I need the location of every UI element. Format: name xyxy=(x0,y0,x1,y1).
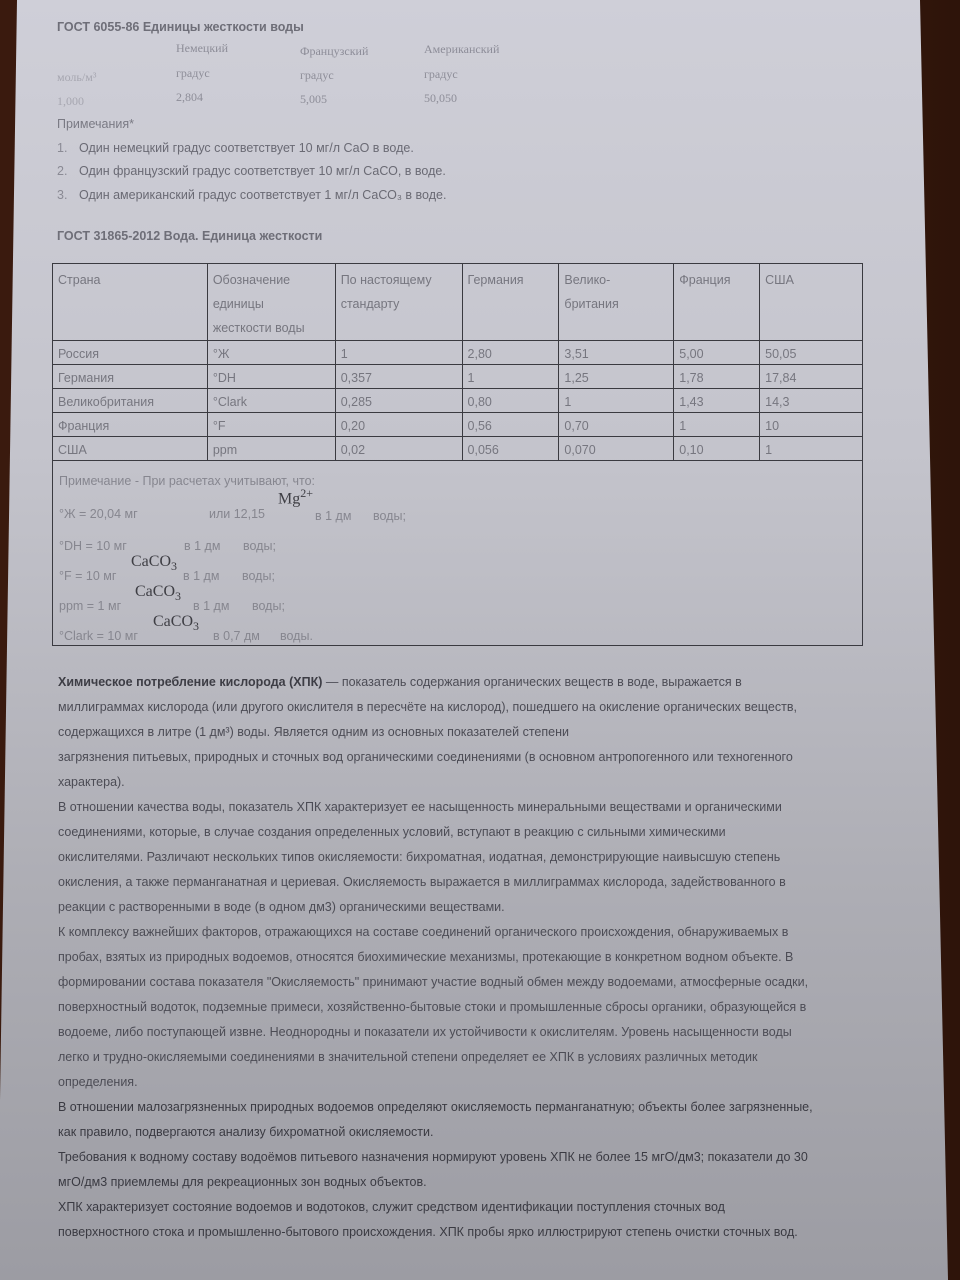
gost1-col3-value: 50,050 xyxy=(424,91,457,106)
gost1-note-2: 2.Один французский градус соответствует … xyxy=(57,164,446,178)
gost1-col3-line2: градус xyxy=(424,67,458,82)
article-line: легко и трудно-окисляемыми соединениями … xyxy=(58,1045,918,1070)
note-line-zh-end: воды; xyxy=(373,504,406,528)
table-cell: °DH xyxy=(207,365,335,389)
table-cell: Германия xyxy=(53,365,208,389)
table-row: Франция°F0,200,560,70110 xyxy=(53,413,863,437)
table-cell: 0,10 xyxy=(674,437,760,461)
gost1-col1-line2: градус xyxy=(176,66,210,81)
table-header-cell: Страна xyxy=(53,264,208,341)
note-line-dh-end: воды; xyxy=(243,534,276,558)
table-header-cell: По настоящемустандарту xyxy=(335,264,462,341)
table-header-cell: Обозначениеединицыжесткости воды xyxy=(207,264,335,341)
note-line-zh: °Ж = 20,04 мг xyxy=(59,502,138,526)
table-cell: 1,25 xyxy=(559,365,674,389)
note-line-f: °F = 10 мг xyxy=(59,564,116,588)
article-line: пробах, взятых из природных водоемов, от… xyxy=(58,945,918,970)
table-cell: 0,357 xyxy=(335,365,462,389)
table-cell: 14,3 xyxy=(760,389,863,413)
gost1-col3-line1: Американский xyxy=(424,42,499,57)
article-line: реакции с растворенными в воде (в одном … xyxy=(58,895,918,920)
article-line: К комплексу важнейших факторов, отражающ… xyxy=(58,920,918,945)
gost1-col1-value: 2,804 xyxy=(176,90,203,105)
table-cell: °Clark xyxy=(207,389,335,413)
table-cell: Россия xyxy=(53,341,208,365)
table-cell: 1 xyxy=(559,389,674,413)
article-line: формировании состава показателя "Окисляе… xyxy=(58,970,918,995)
table-row: Великобритания°Clark0,2850,8011,4314,3 xyxy=(53,389,863,413)
note-line-zh-unit: в 1 дм xyxy=(315,504,351,528)
article-line: мгО/дм3 приемлемы для рекреационных зон … xyxy=(58,1170,918,1195)
table-cell: 0,070 xyxy=(559,437,674,461)
cod-article: Химическое потребление кислорода (ХПК) —… xyxy=(58,670,918,1245)
table-note: Примечание - При расчетах учитывают, что… xyxy=(53,461,863,646)
article-line: характера). xyxy=(58,770,918,795)
article-line: соединениями, которые, в случае создания… xyxy=(58,820,918,845)
chem-caco3-ppm: CaCO3 xyxy=(135,580,181,608)
article-line: окисления, а также перманганатная и цери… xyxy=(58,870,918,895)
table-cell: 0,056 xyxy=(462,437,559,461)
table-note-title: Примечание - При расчетах учитывают, что… xyxy=(59,469,315,493)
chem-caco3-clark: CaCO3 xyxy=(153,610,199,638)
table-header-cell: Франция xyxy=(674,264,760,341)
table-header-cell: Велико-британия xyxy=(559,264,674,341)
note-line-dh: °DH = 10 мг xyxy=(59,534,127,558)
table-cell: 0,70 xyxy=(559,413,674,437)
table-cell: ppm xyxy=(207,437,335,461)
table-cell: 0,80 xyxy=(462,389,559,413)
article-line: окислителями. Различают нескольких типов… xyxy=(58,845,918,870)
table-cell: 0,56 xyxy=(462,413,559,437)
note-line-f-end: воды; xyxy=(242,564,275,588)
gost1-col2-line1: Французский xyxy=(300,44,368,59)
table-cell: 0,20 xyxy=(335,413,462,437)
table-cell: 10 xyxy=(760,413,863,437)
table-cell: 50,05 xyxy=(760,341,863,365)
note-line-dh-unit: в 1 дм xyxy=(184,534,220,558)
table-cell: 1 xyxy=(462,365,559,389)
table-cell: 0,02 xyxy=(335,437,462,461)
note-line-f-unit: в 1 дм xyxy=(183,564,219,588)
article-line: определения. xyxy=(58,1070,918,1095)
article-line: содержащихся в литре (1 дм³) воды. Являе… xyxy=(58,720,918,745)
paper-sheet: ГОСТ 6055-86 Единицы жесткости воды Неме… xyxy=(0,0,960,1280)
table-cell: 1 xyxy=(674,413,760,437)
gost1-note-1: 1.Один немецкий градус соответствует 10 … xyxy=(57,141,414,155)
table-cell: 1 xyxy=(760,437,863,461)
table-cell: 1,78 xyxy=(674,365,760,389)
note-line-zh-alt: или 12,15 xyxy=(209,502,265,526)
table-row: Германия°DH0,35711,251,7817,84 xyxy=(53,365,863,389)
table-cell: США xyxy=(53,437,208,461)
gost1-col2-line2: градус xyxy=(300,68,334,83)
article-line: ХПК характеризует состояние водоемов и в… xyxy=(58,1195,918,1220)
note-line-clark-unit: в 0,7 дм xyxy=(213,624,260,648)
note-line-clark-end: воды. xyxy=(280,624,313,648)
gost2-title: ГОСТ 31865-2012 Вода. Единица жесткости xyxy=(57,229,322,243)
article-line: В отношении качества воды, показатель ХП… xyxy=(58,795,918,820)
gost1-notes-title: Примечания* xyxy=(57,117,134,131)
article-line: загрязнения питьевых, природных и сточны… xyxy=(58,745,918,770)
gost1-col1-line1: Немецкий xyxy=(176,41,228,56)
table-cell: 0,285 xyxy=(335,389,462,413)
article-line: миллиграммах кислорода (или другого окис… xyxy=(58,695,918,720)
gost1-note-3: 3.Один американский градус соответствует… xyxy=(57,188,446,202)
table-cell: °Ж xyxy=(207,341,335,365)
table-header-row: СтранаОбозначениеединицыжесткости водыПо… xyxy=(53,264,863,341)
table-header-cell: США xyxy=(760,264,863,341)
table-row: Россия°Ж12,803,515,0050,05 xyxy=(53,341,863,365)
table-cell: 1 xyxy=(335,341,462,365)
table-cell: 5,00 xyxy=(674,341,760,365)
chem-caco3-f: CaCO3 xyxy=(131,550,177,578)
gost1-col2-value: 5,005 xyxy=(300,92,327,107)
table-row: СШАppm0,020,0560,0700,101 xyxy=(53,437,863,461)
note-line-clark: °Clark = 10 мг xyxy=(59,624,138,648)
chem-mg2plus: Mg2+ xyxy=(278,481,313,511)
article-line: как правило, подвергаются анализу бихром… xyxy=(58,1120,918,1145)
table-cell: 2,80 xyxy=(462,341,559,365)
article-line: Требования к водному составу водоёмов пи… xyxy=(58,1145,918,1170)
article-line: поверхностный водоток, подземные примеси… xyxy=(58,995,918,1020)
gost1-title: ГОСТ 6055-86 Единицы жесткости воды xyxy=(57,20,304,34)
hardness-table: СтранаОбозначениеединицыжесткости водыПо… xyxy=(52,263,863,646)
table-cell: 17,84 xyxy=(760,365,863,389)
note-line-ppm: ppm = 1 мг xyxy=(59,594,121,618)
table-cell: Франция xyxy=(53,413,208,437)
table-cell: °F xyxy=(207,413,335,437)
table-cell: Великобритания xyxy=(53,389,208,413)
article-line: водоеме, либо поступающей извне. Неоднор… xyxy=(58,1020,918,1045)
note-line-ppm-end: воды; xyxy=(252,594,285,618)
article-line: Химическое потребление кислорода (ХПК) —… xyxy=(58,670,918,695)
article-line: поверхностного стока и промышленно-бытов… xyxy=(58,1220,918,1245)
gost1-unit-label: моль/м³ xyxy=(57,70,96,85)
article-line: В отношении малозагрязненных природных в… xyxy=(58,1095,918,1120)
gost1-unit-value: 1,000 xyxy=(57,94,84,109)
table-header-cell: Германия xyxy=(462,264,559,341)
table-cell: 3,51 xyxy=(559,341,674,365)
table-cell: 1,43 xyxy=(674,389,760,413)
